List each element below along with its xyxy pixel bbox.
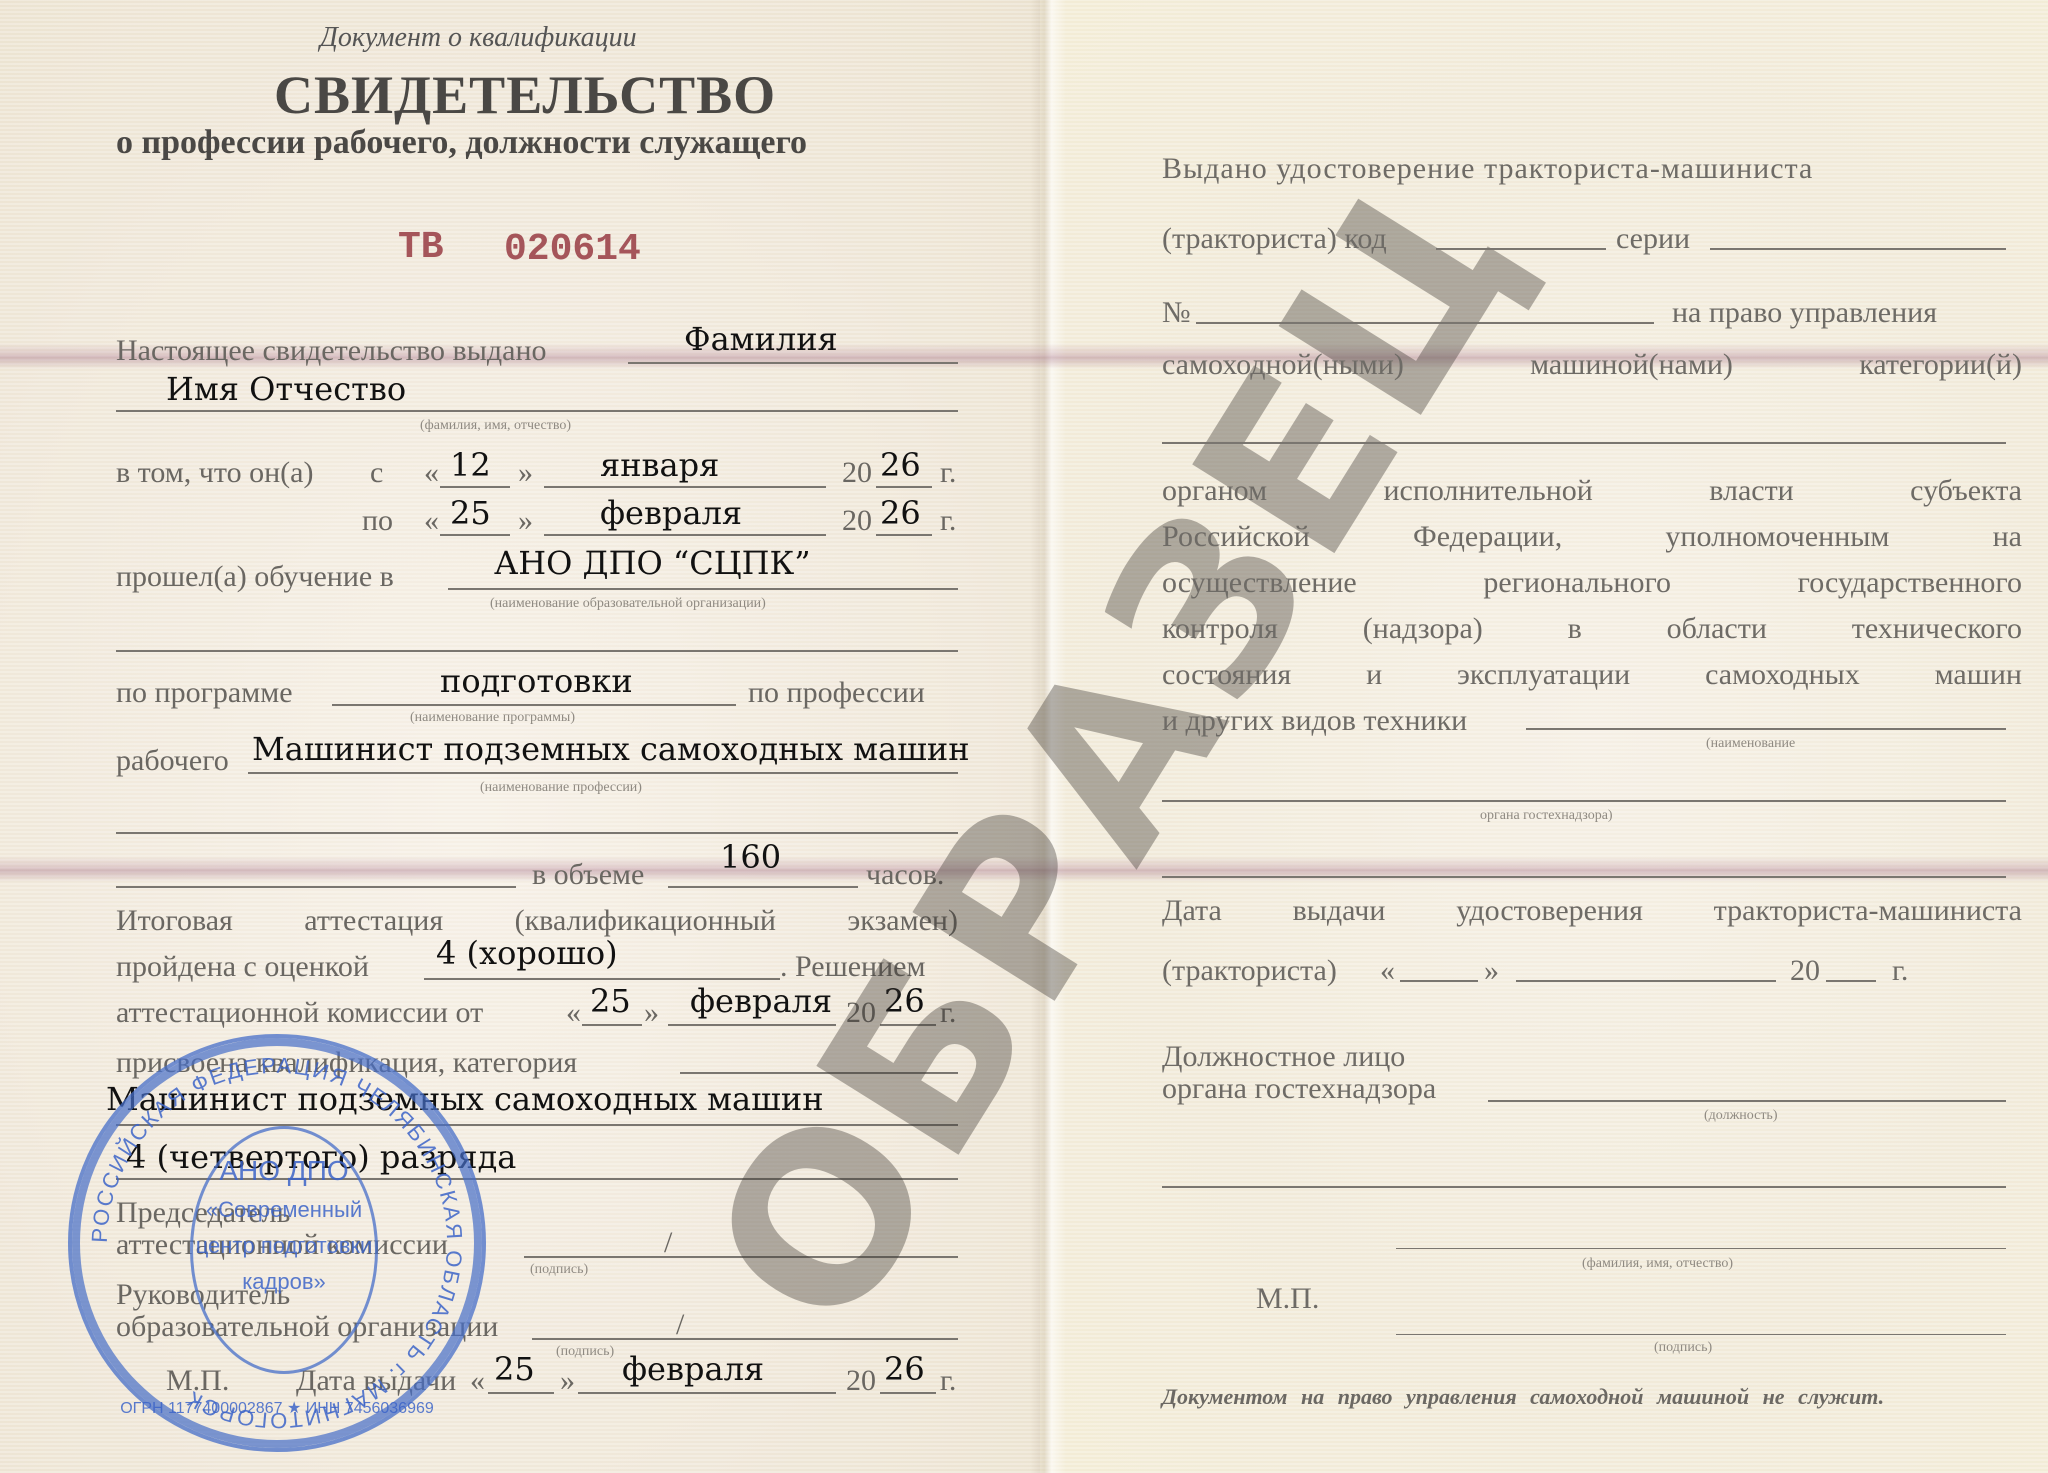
word: самоходной(ными) [1162,348,1404,382]
inn: ИНН 7456036969 [306,1400,434,1417]
series-label: серии [1616,222,1690,256]
surname-field[interactable]: Фамилия [684,320,838,358]
volume-label: в объеме [532,858,644,892]
attestation-line: Итоговая аттестация (квалификационный эк… [116,904,958,938]
grade-field[interactable]: 4 (хорошо) [436,934,618,972]
in-that-label: в том, что он(а) [116,456,313,490]
word: тракториста-машиниста [1714,894,2022,928]
word: выдачи [1293,894,1386,928]
word: состояния [1162,658,1291,692]
word: Российской [1162,520,1310,554]
to-year-field[interactable]: 26 [880,494,921,532]
issue-date-line: Дата выдачи удостоверения тракториста-ма… [1162,894,2022,928]
quote-close: » [518,504,533,538]
quote-close: » [518,456,533,490]
year-prefix: 20 [842,456,872,490]
quote-open: « [424,456,439,490]
word: и [1366,658,1382,692]
commission-year-field[interactable]: 26 [884,982,925,1020]
right-to-label: на право управления [1672,296,1937,330]
number-label: № [1162,296,1191,330]
to-day-field[interactable]: 25 [450,494,491,532]
word: контроля [1162,612,1278,646]
word: Федерации, [1413,520,1562,554]
mp-label-right: М.П. [1256,1282,1319,1316]
stamp-line: центр подготовки [193,1233,375,1259]
official-label: Должностное лицо [1162,1040,1405,1074]
word: эксплуатации [1457,658,1630,692]
issue-year-field[interactable]: 26 [884,1350,925,1388]
program-field[interactable]: подготовки [440,662,633,700]
word: самоходных [1705,658,1860,692]
document-title-sub: о профессии рабочего, должности служащег… [116,124,807,162]
word: органом [1162,474,1267,508]
word: экзамен) [847,904,958,938]
commission-day-field[interactable]: 25 [590,982,631,1020]
stamp-line: АНО ДПО [193,1155,375,1187]
from-month-field[interactable]: января [600,446,719,484]
word: (квалификационный [515,904,776,938]
categories-line: самоходной(ными) машиной(нами) категории… [1162,348,2022,382]
quote-open: « [1380,954,1395,988]
issue-date-label-right: (тракториста) [1162,954,1337,988]
year-prefix: 20 [1790,954,1820,988]
year-prefix: 20 [846,1364,876,1398]
document-subtitle: Документ о квалификации [320,22,637,54]
training-label: прошел(а) обучение в [116,560,394,594]
commission-label: аттестационной комиссии от [116,996,483,1030]
word: категории(й) [1859,348,2022,382]
paragraph-line: РоссийскойФедерации,уполномоченнымна [1162,520,2022,554]
year-suffix: г. [1892,954,1908,988]
word: государственного [1798,566,2022,600]
signature-hint: (подпись) [530,1262,588,1278]
name-patronymic-field[interactable]: Имя Отчество [166,370,406,408]
fio-hint: (фамилия, имя, отчество) [420,418,571,434]
word: осуществление [1162,566,1357,600]
paragraph-line: контроля(надзора)вобластитехнического [1162,612,2022,646]
stamp-line: кадров» [193,1269,375,1295]
grade-label: пройдена с оценкой [116,950,369,984]
hours-field[interactable]: 160 [720,838,781,876]
ogrn: ОГРН 1177400002867 [120,1400,282,1417]
issued-to-label: Настоящее свидетельство выдано [116,334,547,368]
word: исполнительной [1384,474,1593,508]
organization-field[interactable]: АНО ДПО “СЦПК” [494,544,811,582]
from-label: с [370,456,383,490]
quote-open: « [424,504,439,538]
signature-slash: / [664,1226,672,1260]
decision-label: . Решением [780,950,925,984]
quote-open: « [566,996,581,1030]
by-profession-label: по профессии [748,676,925,710]
word: машин [1935,658,2022,692]
signature-hint: (подпись) [556,1344,614,1360]
word: аттестация [304,904,443,938]
quote-close: » [560,1364,575,1398]
name-hint: (наименование [1706,736,1795,752]
stamp-ogrn: ОГРН 1177400002867 ★ ИНН 7456036969 [72,1398,482,1418]
to-month-field[interactable]: февраля [600,494,742,532]
year-prefix: 20 [842,504,872,538]
word: области [1667,612,1767,646]
year-prefix: 20 [846,996,876,1030]
footer-note: Документом на право управления самоходно… [1162,1384,1884,1410]
to-label: по [362,504,393,538]
year-suffix: г. [940,1364,956,1398]
organ-hint: органа гостехнадзора) [1480,808,1613,824]
code-label: (тракториста) код [1162,222,1387,256]
word: машиной(нами) [1530,348,1733,382]
hours-label: часов. [866,858,944,892]
paragraph-line: органомисполнительнойвластисубъекта [1162,474,2022,508]
word: субъекта [1910,474,2022,508]
word: на [1993,520,2022,554]
word: в [1568,612,1582,646]
signature-slash: / [676,1308,684,1342]
year-suffix: г. [940,504,956,538]
organization-stamp: РОССИЙСКАЯ ФЕДЕРАЦИЯ ЧЕЛЯБИНСКАЯ ОБЛАСТЬ… [68,1034,486,1452]
paragraph-line: осуществлениерегиональногогосударственно… [1162,566,2022,600]
year-suffix: г. [940,996,956,1030]
from-year-field[interactable]: 26 [880,446,921,484]
signature-hint-right: (подпись) [1654,1340,1712,1356]
year-suffix: г. [940,456,956,490]
word: Итоговая [116,904,233,938]
word: Дата [1162,894,1222,928]
position-hint: (должность) [1704,1108,1777,1124]
word: уполномоченным [1665,520,1889,554]
document-title: СВИДЕТЕЛЬСТВО [274,64,776,126]
stamp-line: «Современный [193,1197,375,1223]
official-label-2: органа гостехнадзора [1162,1072,1436,1106]
word: удостоверения [1456,894,1643,928]
serial-series: ТВ [398,226,444,269]
commission-month-field[interactable]: февраля [690,982,832,1020]
other-types-label: и других видов техники [1162,704,1467,738]
page-fold [1030,0,1066,1473]
quote-close: » [1484,954,1499,988]
program-hint: (наименование программы) [410,710,575,726]
from-day-field[interactable]: 12 [450,446,491,484]
word: (надзора) [1363,612,1483,646]
license-issued-line: Выдано удостоверение тракториста-машинис… [1162,152,1813,186]
organization-hint: (наименование образовательной организаци… [490,596,766,612]
word: регионального [1483,566,1671,600]
program-label: по программе [116,676,293,710]
word: власти [1709,474,1794,508]
issue-day-field[interactable]: 25 [494,1350,535,1388]
serial-number: 020614 [504,228,641,271]
profession-field[interactable]: Машинист подземных самоходных машин [252,730,970,768]
fio-hint-right: (фамилия, имя, отчество) [1582,1256,1733,1272]
paragraph-line: состоянияиэксплуатациисамоходныхмашин [1162,658,2022,692]
stamp-inner-ring: АНО ДПО «Современный центр подготовки ка… [190,1126,378,1374]
word: технического [1852,612,2022,646]
profession-hint: (наименование профессии) [480,780,642,796]
issue-month-field[interactable]: февраля [622,1350,764,1388]
security-ribbon [0,856,2048,882]
worker-label: рабочего [116,744,229,778]
quote-close: » [644,996,659,1030]
